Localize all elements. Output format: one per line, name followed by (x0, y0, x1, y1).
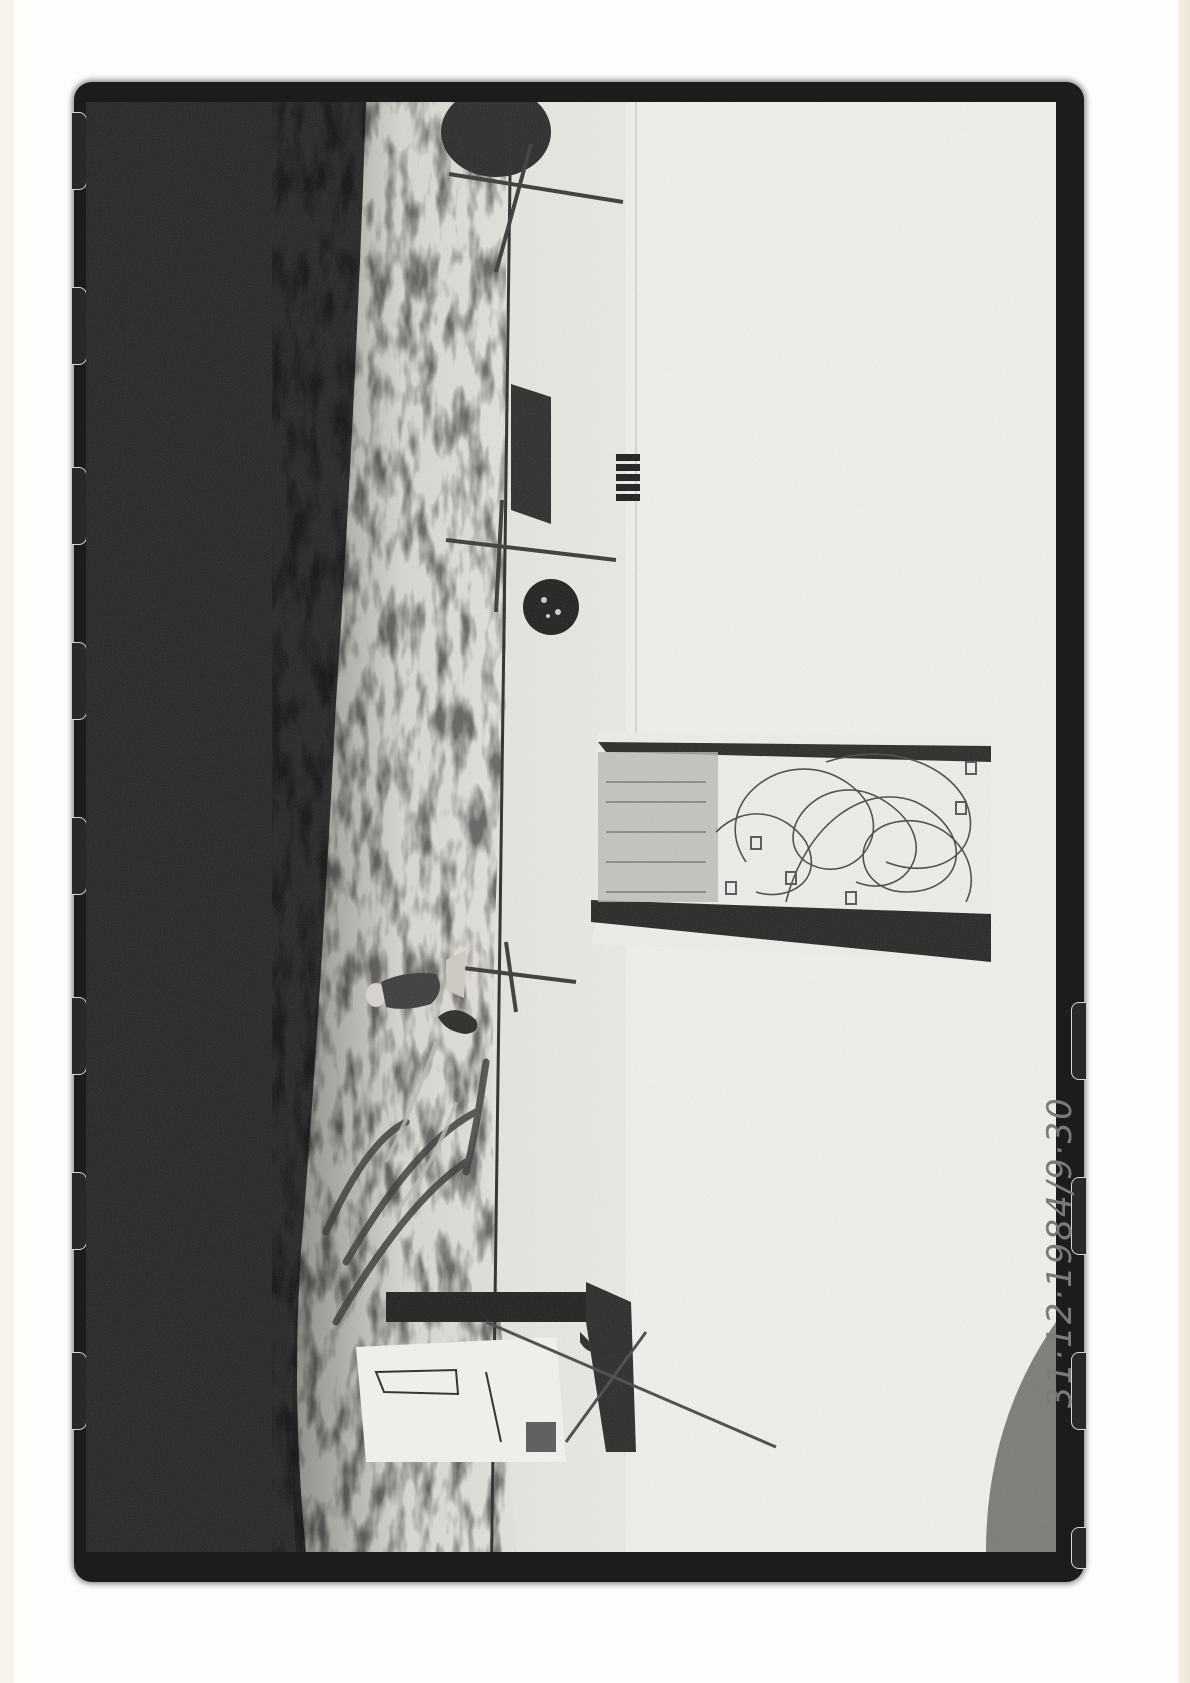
sprocket-hole (72, 467, 87, 545)
paper-right-edge (1178, 0, 1190, 1683)
sprocket-hole (72, 997, 87, 1075)
sprocket-hole (72, 1172, 87, 1250)
sprocket-hole (72, 287, 87, 365)
photograph (86, 102, 1056, 1552)
sprocket-hole (72, 642, 87, 720)
sprocket-hole (72, 817, 87, 895)
sprocket-hole (72, 112, 87, 190)
sprocket-hole (1071, 1002, 1086, 1080)
sprocket-hole (72, 1352, 87, 1430)
handwritten-date-annotation: 31·12·1984/9·30 (1040, 1096, 1080, 1408)
paper-left-margin (0, 0, 14, 1683)
photo-scene (86, 102, 1056, 1552)
sprocket-hole (1071, 1527, 1086, 1569)
